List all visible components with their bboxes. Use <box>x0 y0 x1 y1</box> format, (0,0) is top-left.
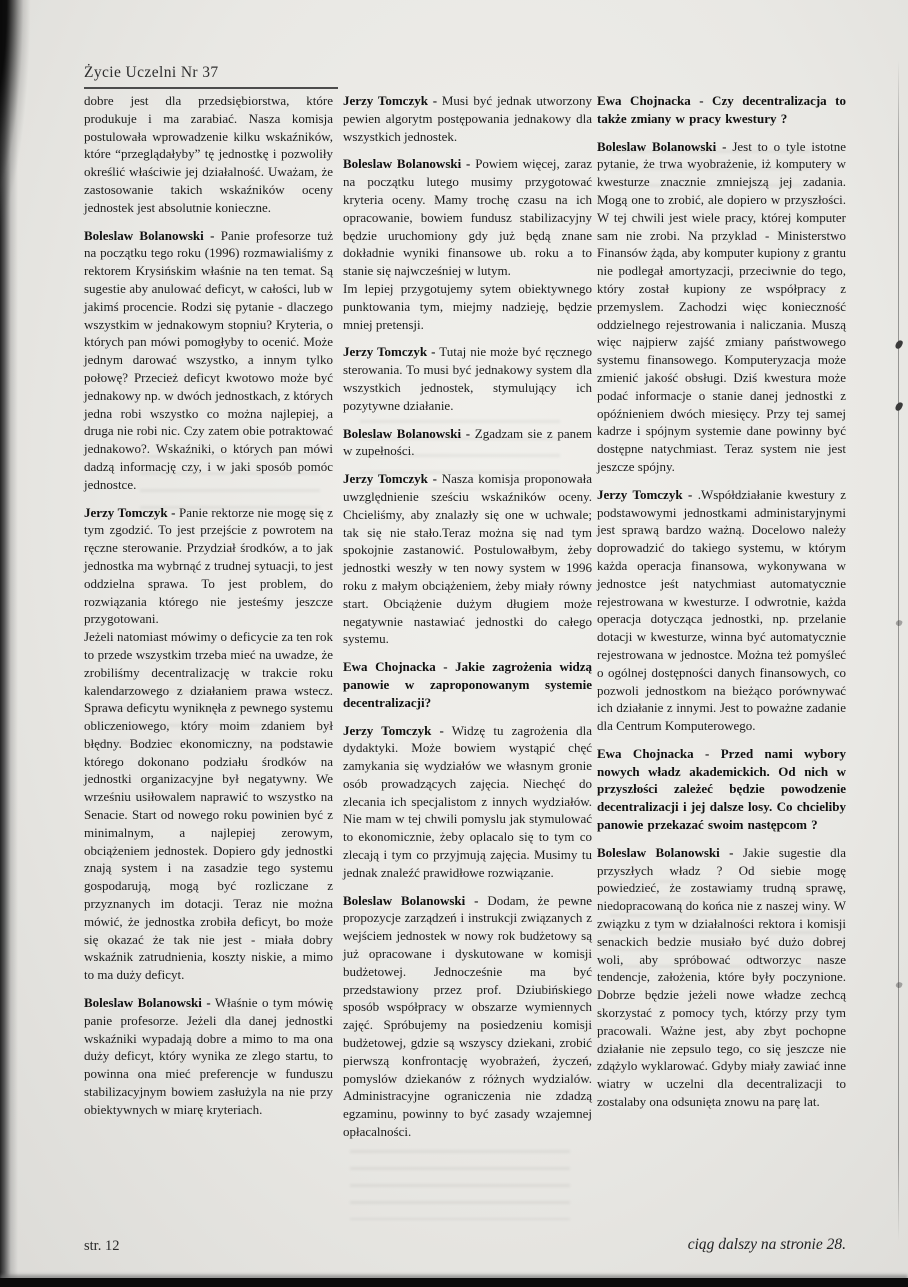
paragraph-text: Panie rektorze nie mogę się z tym zgodzi… <box>84 505 333 627</box>
paragraph: Boleslaw Bolanowski - Powiem więcej, zar… <box>343 155 592 280</box>
paragraph-text: Jest to o tyle istotne pytanie, że trwa … <box>597 139 846 474</box>
paragraph: dobre jest dla przedsiębiorstwa, które p… <box>84 92 333 217</box>
paragraph-text: Dodam, że pewne propozycje zarządzeń i i… <box>343 893 592 1139</box>
scanned-newsletter-page: { "page": { "header": "Życie Uczelni Nr … <box>0 0 908 1287</box>
speaker-name: Boleslaw Bolanowski - <box>343 156 470 171</box>
interview-question: Ewa Chojnacka - Czy decentralizacja to t… <box>597 92 846 128</box>
paragraph-text: Widzę tu zagrożenia dla dydaktyki. Może … <box>343 723 592 880</box>
interview-question: Ewa Chojnacka - Przed nami wybory nowych… <box>597 745 846 834</box>
paragraph-text: Panie profesorze tuż na początku tego ro… <box>84 228 333 492</box>
speaker-name: Jerzy Tomczyk - <box>343 471 437 486</box>
showthrough-ghost <box>350 1150 570 1220</box>
speaker-name: Jerzy Tomczyk - <box>597 487 692 502</box>
paragraph: Im lepiej przygotujemy sytem obiektywneg… <box>343 280 592 333</box>
scanner-bed-strip <box>0 1278 908 1287</box>
paragraph-text: Nasza komisja proponowała uwzględnienie … <box>343 471 592 646</box>
speaker-name: Jerzy Tomczyk - <box>343 344 436 359</box>
paragraph: Jerzy Tomczyk - Musi być jednak utworzon… <box>343 92 592 145</box>
paragraph-text: Im lepiej przygotujemy sytem obiektywneg… <box>343 281 592 332</box>
speaker-name: Boleslaw Bolanowski - <box>597 139 726 154</box>
paragraph: Jeżeli natomiast mówimy o deficycie za t… <box>84 628 333 984</box>
speaker-name: Boleslaw Bolanowski - <box>84 995 211 1010</box>
paragraph: Jerzy Tomczyk - .Współdziałanie kwestury… <box>597 486 846 735</box>
paragraph: Boleslaw Bolanowski - Właśnie o tym mówi… <box>84 994 333 1119</box>
paragraph: Boleslaw Bolanowski - Jest to o tyle ist… <box>597 138 846 476</box>
speaker-name: Boleslaw Bolanowski - <box>343 426 470 441</box>
scan-speck <box>894 401 903 412</box>
page-curl-corner <box>0 0 46 310</box>
paragraph-text: Jakie sugestie dla przyszłych władz ? Od… <box>597 845 846 1109</box>
interview-question: Ewa Chojnacka - Jakie zagrożenia widzą p… <box>343 658 592 711</box>
page-number: str. 12 <box>84 1238 119 1255</box>
text-column-1: dobre jest dla przedsiębiorstwa, które p… <box>84 92 333 1119</box>
paragraph-text: dobre jest dla przedsiębiorstwa, które p… <box>84 93 333 215</box>
paragraph: Jerzy Tomczyk - Nasza komisja proponował… <box>343 470 592 648</box>
speaker-name: Jerzy Tomczyk - <box>84 505 176 520</box>
text-column-2: Jerzy Tomczyk - Musi być jednak utworzon… <box>343 92 592 1141</box>
paragraph: Jerzy Tomczyk - Widzę tu zagrożenia dla … <box>343 722 592 882</box>
text-column-3: Ewa Chojnacka - Czy decentralizacja to t… <box>597 92 846 1111</box>
paragraph: Jerzy Tomczyk - Tutaj nie może być ręczn… <box>343 343 592 414</box>
paragraph: Jerzy Tomczyk - Panie rektorze nie mogę … <box>84 504 333 629</box>
paragraph-text: Powiem więcej, zaraz na początku lutego … <box>343 156 592 278</box>
speaker-name: Boleslaw Bolanowski - <box>84 228 214 243</box>
speaker-name: Jerzy Tomczyk - <box>343 93 437 108</box>
page-edge-line <box>898 60 899 1241</box>
paragraph: Boleslaw Bolanowski - Panie profesorze t… <box>84 227 333 494</box>
scan-speck <box>895 981 903 989</box>
speaker-name: Jerzy Tomczyk - <box>343 723 444 738</box>
paragraph-text: Jeżeli natomiast mówimy o deficycie za t… <box>84 629 333 982</box>
continuation-note: ciąg dalszy na stronie 28. <box>597 1236 846 1254</box>
page-title: Życie Uczelni Nr 37 <box>84 64 338 89</box>
paragraph-text: .Współdziałanie kwestury z podstawowymi … <box>597 487 846 733</box>
scan-speck <box>894 339 903 350</box>
paragraph: Boleslaw Bolanowski - Jakie sugestie dla… <box>597 844 846 1111</box>
paragraph: Boleslaw Bolanowski - Zgadzam sie z pane… <box>343 425 592 461</box>
paragraph-text: Właśnie o tym mówię panie profesorze. Je… <box>84 995 333 1117</box>
paragraph: Boleslaw Bolanowski - Dodam, że pewne pr… <box>343 892 592 1141</box>
speaker-name: Boleslaw Bolanowski - <box>597 845 733 860</box>
speaker-name: Boleslaw Bolanowski - <box>343 893 478 908</box>
scan-speck <box>895 619 903 627</box>
